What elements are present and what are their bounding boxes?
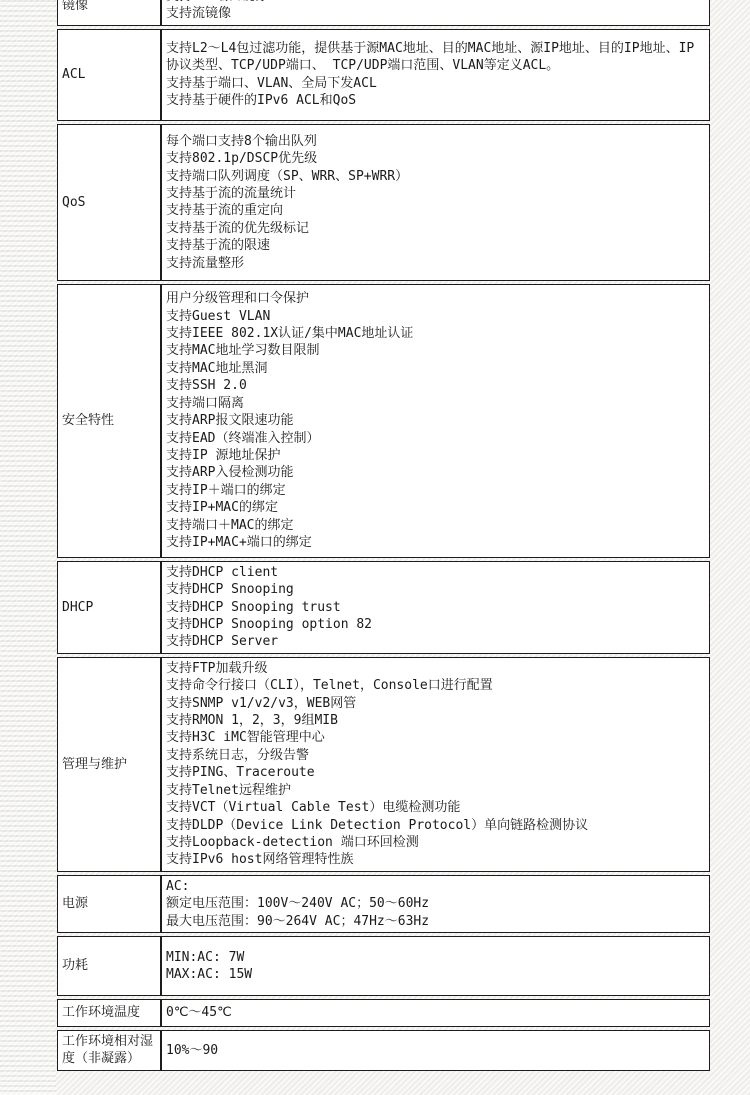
spec-line: 支持DHCP Snooping [166,581,705,598]
spec-line: 支持FTP加载升级 [166,660,705,677]
spec-line: 支持基于流的优先级标记 [166,220,705,237]
spec-line: 10%～90 [166,1042,705,1059]
feature-name-cell: 电源 [57,875,161,933]
spec-line: 支持基于端口、VLAN、全局下发ACL [166,75,705,92]
feature-name-cell: DHCP [57,561,161,654]
spec-line: AC: [166,878,705,895]
spec-line: 支持IP+MAC的绑定 [166,499,705,516]
spec-line: 支持SSH 2.0 [166,377,705,394]
table-row: 管理与维护 支持FTP加载升级支持命令行接口（CLI），Telnet，Conso… [57,657,710,872]
feature-name-cell: ACL [57,29,161,121]
spec-line: 支持ARP报文限速功能 [166,412,705,429]
feature-description-cell: 支持FTP加载升级支持命令行接口（CLI），Telnet，Console口进行配… [161,657,710,872]
spec-line: MIN:AC: 7W [166,949,705,966]
spec-line: 支持流镜像 [166,5,705,22]
spec-line: 用户分级管理和口令保护 [166,290,705,307]
spec-line: 支持Loopback-detection 端口环回检测 [166,834,705,851]
feature-description-cell: 支持N:1端口镜像支持流镜像 [161,0,710,26]
feature-name-cell: 安全特性 [57,284,161,558]
feature-description-cell: 0℃～45℃ [161,999,710,1027]
spec-line: 支持PING、Traceroute [166,764,705,781]
table-row: 电源 AC:额定电压范围：100V～240V AC；50～60Hz最大电压范围：… [57,875,710,933]
spec-line: MAX:AC: 15W [166,966,705,983]
spec-line: 支持DHCP Server [166,633,705,650]
table-row: 工作环境温度 0℃～45℃ [57,999,710,1027]
feature-description-cell: MIN:AC: 7WMAX:AC: 15W [161,936,710,996]
spec-line: 支持IP＋端口的绑定 [166,482,705,499]
page-margin-texture [0,0,56,1095]
spec-page: 镜像 支持N:1端口镜像支持流镜像 ACL 支持L2～L4包过滤功能，提供基于源… [0,0,750,1095]
spec-line: 支持SNMP v1/v2/v3，WEB网管 [166,695,705,712]
spec-line: 0℃～45℃ [166,1004,705,1021]
feature-description-cell: 支持L2～L4包过滤功能，提供基于源MAC地址、目的MAC地址、源IP地址、目的… [161,29,710,121]
spec-line: 支持MAC地址学习数目限制 [166,342,705,359]
spec-line: 支持基于硬件的IPv6 ACL和QoS [166,92,705,109]
spec-line: 支持IEEE 802.1X认证/集中MAC地址认证 [166,325,705,342]
table-row: 工作环境相对湿度（非凝露） 10%～90 [57,1030,710,1071]
spec-line: 支持Telnet远程维护 [166,782,705,799]
table-row: ACL 支持L2～L4包过滤功能，提供基于源MAC地址、目的MAC地址、源IP地… [57,29,710,121]
feature-description-cell: 用户分级管理和口令保护支持Guest VLAN支持IEEE 802.1X认证/集… [161,284,710,558]
spec-line: 支持DHCP Snooping option 82 [166,616,705,633]
feature-name-cell: 管理与维护 [57,657,161,872]
spec-line: 每个端口支持8个输出队列 [166,133,705,150]
table-row: DHCP 支持DHCP client支持DHCP Snooping支持DHCP … [57,561,710,654]
spec-line: 支持L2～L4包过滤功能，提供基于源MAC地址、目的MAC地址、源IP地址、目的… [166,40,705,75]
spec-line: 支持Guest VLAN [166,308,705,325]
product-spec-table: 镜像 支持N:1端口镜像支持流镜像 ACL 支持L2～L4包过滤功能，提供基于源… [57,0,710,1074]
feature-description-cell: 每个端口支持8个输出队列支持802.1p/DSCP优先级支持端口队列调度（SP、… [161,124,710,281]
feature-description-cell: AC:额定电压范围：100V～240V AC；50～60Hz最大电压范围：90～… [161,875,710,933]
spec-line: 支持流量整形 [166,255,705,272]
spec-line: 支持IP 源地址保护 [166,447,705,464]
table-row: 镜像 支持N:1端口镜像支持流镜像 [57,0,710,26]
spec-line: 支持IPv6 host网络管理特性族 [166,851,705,868]
spec-table-body: 镜像 支持N:1端口镜像支持流镜像 ACL 支持L2～L4包过滤功能，提供基于源… [57,0,710,1071]
spec-line: 支持H3C iMC智能管理中心 [166,729,705,746]
spec-line: 支持命令行接口（CLI），Telnet，Console口进行配置 [166,677,705,694]
spec-line: 支持DHCP Snooping trust [166,599,705,616]
feature-name-cell: 工作环境温度 [57,999,161,1027]
feature-description-cell: 支持DHCP client支持DHCP Snooping支持DHCP Snoop… [161,561,710,654]
feature-name-cell: 工作环境相对湿度（非凝露） [57,1030,161,1071]
feature-description-cell: 10%～90 [161,1030,710,1071]
spec-line: 支持RMON 1，2，3，9组MIB [166,712,705,729]
spec-line: 最大电压范围：90～264V AC；47Hz～63Hz [166,913,705,930]
spec-line: 支持MAC地址黑洞 [166,360,705,377]
spec-line: 支持基于流的限速 [166,237,705,254]
spec-line: 支持基于流的重定向 [166,202,705,219]
spec-line: 支持802.1p/DSCP优先级 [166,150,705,167]
spec-line: 支持IP+MAC+端口的绑定 [166,534,705,551]
table-row: QoS 每个端口支持8个输出队列支持802.1p/DSCP优先级支持端口队列调度… [57,124,710,281]
spec-line: 支持端口队列调度（SP、WRR、SP+WRR） [166,168,705,185]
spec-line: 支持基于流的流量统计 [166,185,705,202]
feature-name-cell: 镜像 [57,0,161,26]
spec-line: 支持VCT（Virtual Cable Test）电缆检测功能 [166,799,705,816]
table-row: 功耗 MIN:AC: 7WMAX:AC: 15W [57,936,710,996]
spec-line: 支持DHCP client [166,564,705,581]
spec-line: 额定电压范围：100V～240V AC；50～60Hz [166,895,705,912]
feature-name-cell: 功耗 [57,936,161,996]
spec-line: 支持EAD（终端准入控制） [166,430,705,447]
spec-line: 支持端口＋MAC的绑定 [166,517,705,534]
feature-name-cell: QoS [57,124,161,281]
spec-line: 支持ARP入侵检测功能 [166,464,705,481]
spec-line: 支持DLDP（Device Link Detection Protocol）单向… [166,817,705,834]
spec-line: 支持端口隔离 [166,395,705,412]
spec-line: 支持系统日志，分级告警 [166,747,705,764]
table-row: 安全特性 用户分级管理和口令保护支持Guest VLAN支持IEEE 802.1… [57,284,710,558]
